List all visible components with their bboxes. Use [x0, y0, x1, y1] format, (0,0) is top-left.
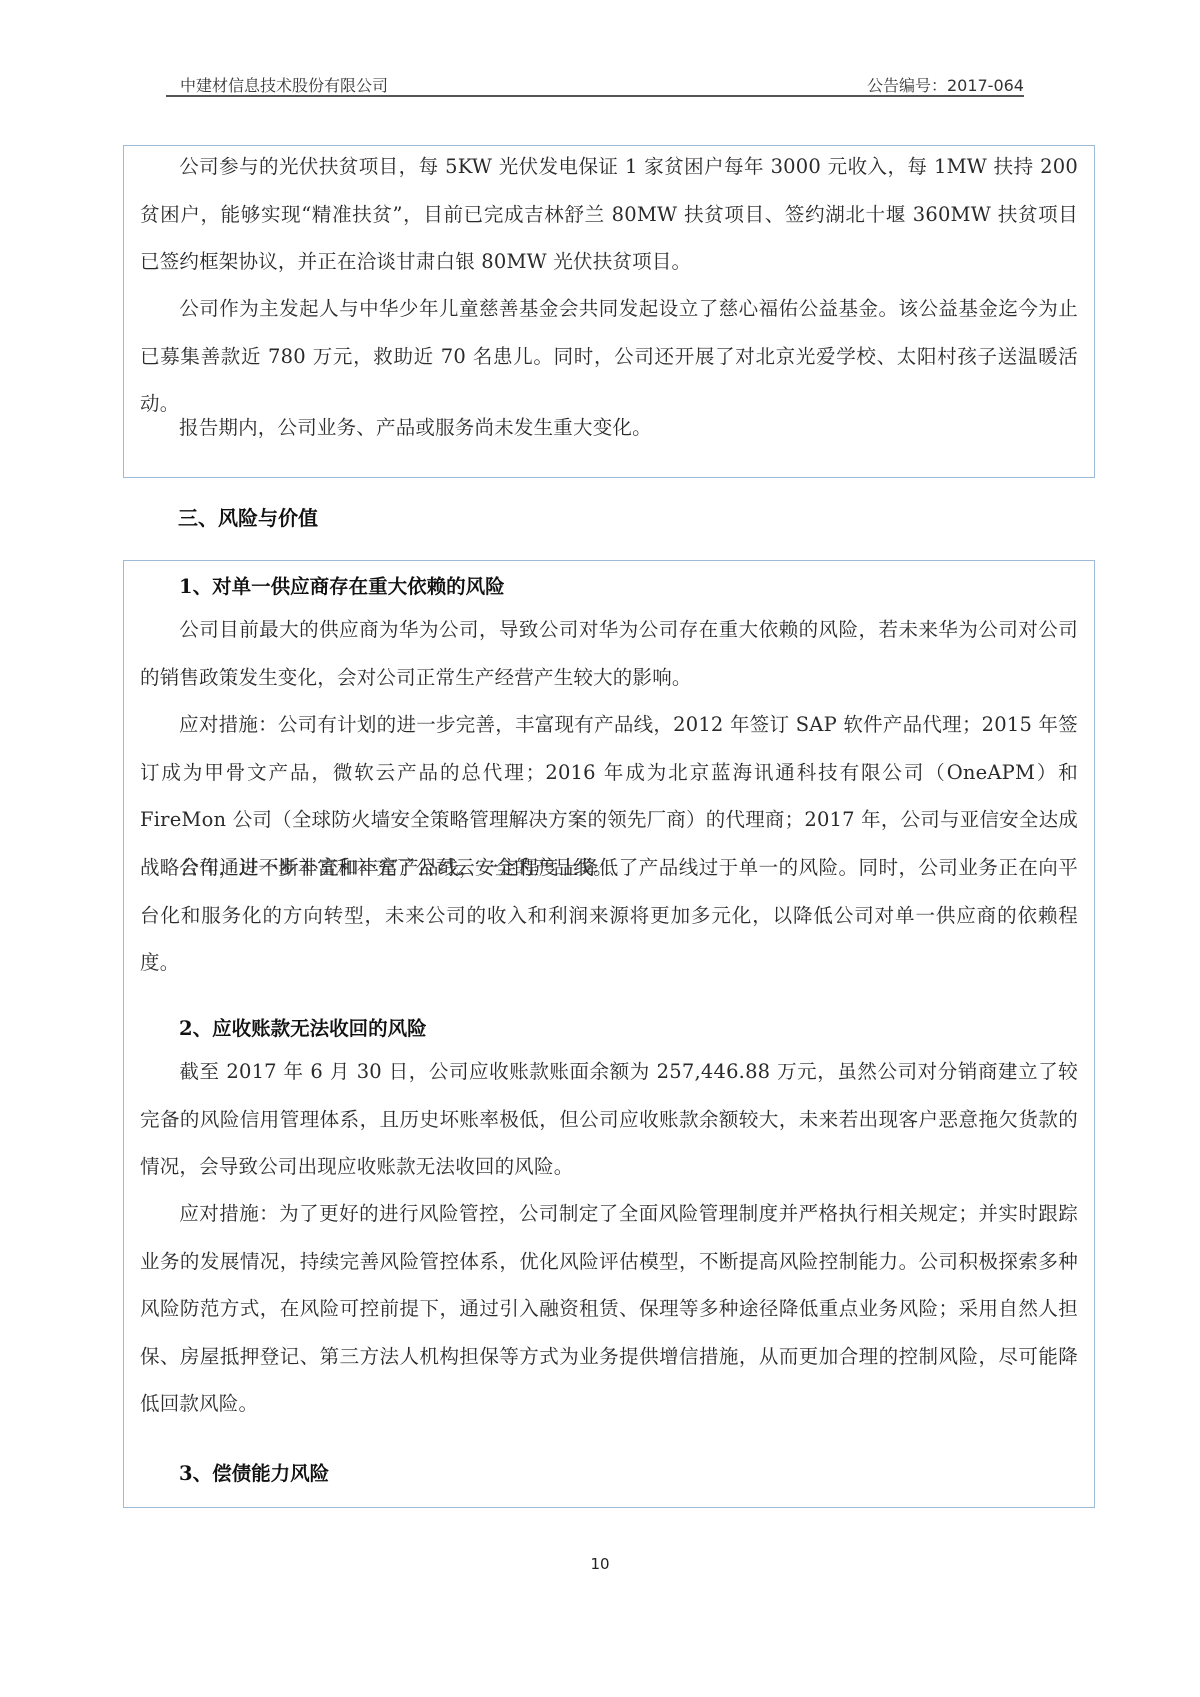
risk2-paragraph-2: 应对措施：为了更好的进行风险管控，公司制定了全面风险管理制度并严格执行相关规定；… — [140, 1190, 1078, 1428]
announcement-number: 公告编号：2017-064 — [867, 73, 1024, 96]
risk-box: 1、对单一供应商存在重大依赖的风险 公司目前最大的供应商为华为公司，导致公司对华… — [123, 560, 1095, 1508]
paragraph-no-change: 报告期内，公司业务、产品或服务尚未发生重大变化。 — [140, 404, 1078, 452]
business-summary-box: 公司参与的光伏扶贫项目，每 5KW 光伏发电保证 1 家贫困户每年 3000 元… — [123, 145, 1095, 478]
risk2-title: 2、应收账款无法收回的风险 — [179, 1013, 427, 1041]
page-number: 10 — [0, 1555, 1200, 1573]
company-name: 中建材信息技术股份有限公司 — [180, 73, 388, 96]
header-divider — [166, 95, 1024, 97]
risk1-paragraph-1: 公司目前最大的供应商为华为公司，导致公司对华为公司存在重大依赖的风险，若未来华为… — [140, 606, 1078, 701]
page-header: 中建材信息技术股份有限公司 公告编号：2017-064 — [178, 70, 1024, 98]
risk1-title: 1、对单一供应商存在重大依赖的风险 — [179, 571, 505, 599]
paragraph-poverty-alleviation: 公司参与的光伏扶贫项目，每 5KW 光伏发电保证 1 家贫困户每年 3000 元… — [140, 143, 1078, 286]
risk2-paragraph-1: 截至 2017 年 6 月 30 日，公司应收账款账面余额为 257,446.8… — [140, 1048, 1078, 1191]
section-title-risk-value: 三、风险与价值 — [178, 502, 318, 531]
risk1-paragraph-3: 公司通过不断补充和丰富产品线，一定程度上降低了产品线过于单一的风险。同时，公司业… — [140, 844, 1078, 987]
risk3-title: 3、偿债能力风险 — [179, 1458, 329, 1486]
